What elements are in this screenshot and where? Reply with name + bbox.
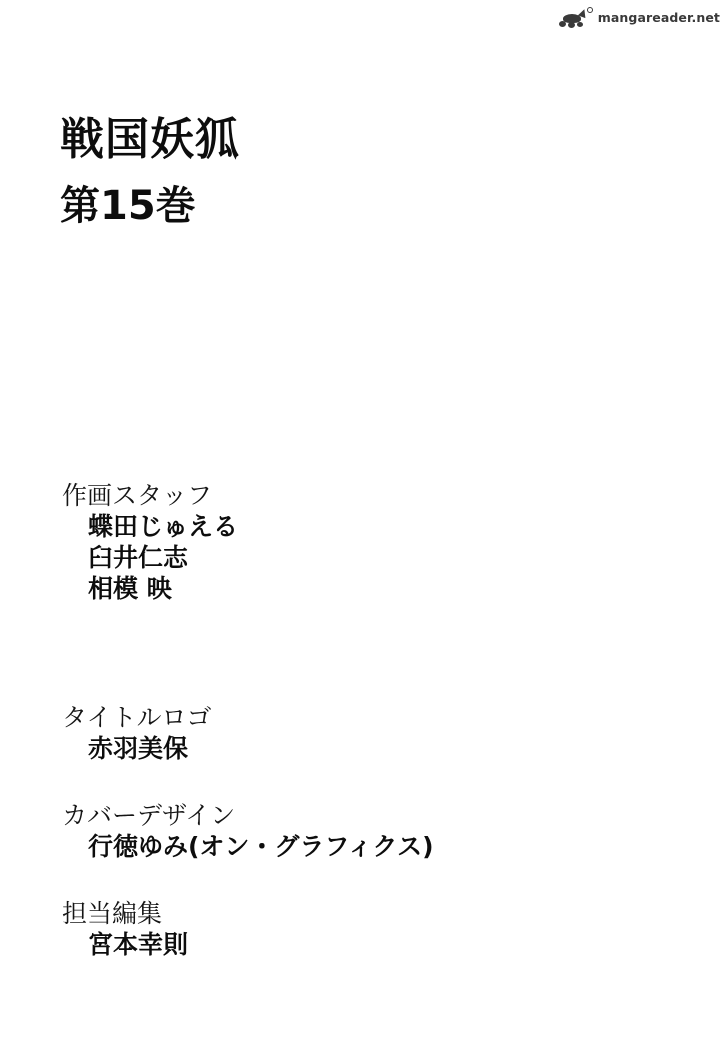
- watermark-text: mangareader.net: [598, 10, 720, 25]
- book-title: 戦国妖狐: [60, 118, 240, 162]
- credit-heading: 作画スタッフ: [62, 480, 238, 511]
- credit-name: 相模 映: [62, 573, 238, 604]
- credit-section-title-logo: タイトルロゴ 赤羽美保: [62, 702, 212, 764]
- volume-number: 第15巻: [60, 186, 196, 226]
- credit-name: 赤羽美保: [62, 733, 212, 764]
- credit-name: 宮本幸則: [62, 929, 188, 960]
- credit-heading: カバーデザイン: [62, 800, 434, 831]
- credit-section-editor: 担当編集 宮本幸則: [62, 898, 188, 960]
- credit-name: 臼井仁志: [62, 542, 238, 573]
- credit-name: 蝶田じゅえる: [62, 511, 238, 542]
- credit-heading: タイトルロゴ: [62, 702, 212, 733]
- credit-section-cover-design: カバーデザイン 行徳ゆみ(オン・グラフィクス): [62, 800, 434, 862]
- credit-name: 行徳ゆみ(オン・グラフィクス): [62, 831, 434, 862]
- manga-reader-logo-icon: [559, 6, 595, 28]
- credit-section-art-staff: 作画スタッフ 蝶田じゅえる 臼井仁志 相模 映: [62, 480, 238, 604]
- credit-heading: 担当編集: [62, 898, 188, 929]
- watermark: mangareader.net: [559, 6, 720, 28]
